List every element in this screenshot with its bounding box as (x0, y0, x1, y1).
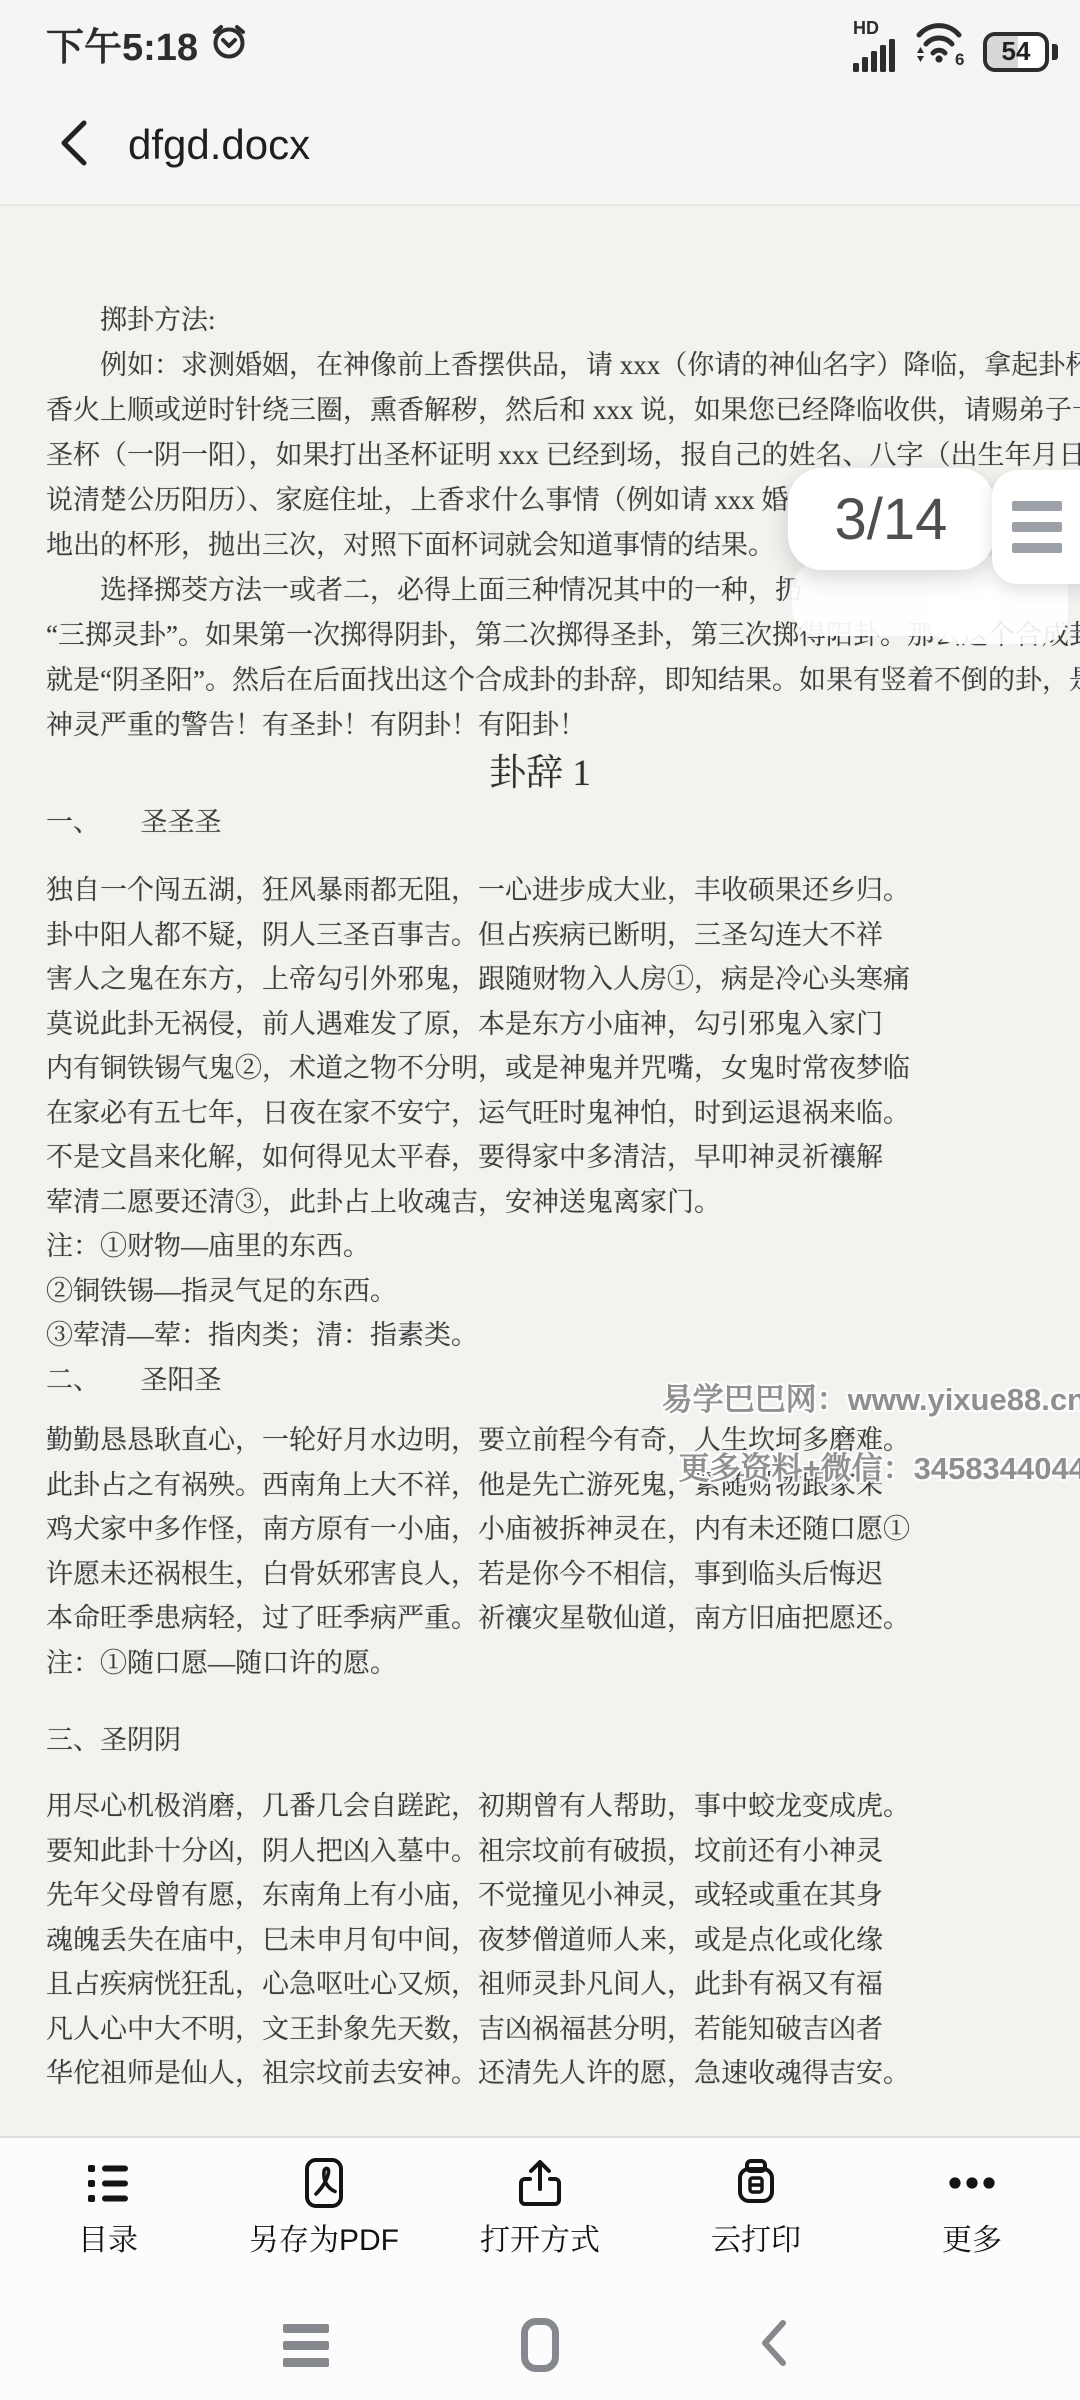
status-bar: 下午5:18 HD (0, 0, 1080, 86)
doc-note-line: 注：①财物—庙里的东西。 (46, 1224, 1080, 1269)
pdf-icon (295, 2154, 353, 2212)
doc-line: 且占疾病恍狂乱，心急呕吐心又烦，祖师灵卦凡间人，此卦有祸又有福 (46, 1962, 1080, 2007)
toolbar-label: 云打印 (711, 2226, 801, 2256)
toolbar-label: 目录 (78, 2226, 138, 2256)
cellular-signal-icon: HD (853, 19, 895, 72)
cloud-print-icon (727, 2154, 785, 2212)
doc-line: 香火上顺或逆时针绕三圈，熏香解秽，然后和 xxx 说，如果您已经降临收供，请赐弟… (46, 388, 1080, 433)
toc-icon (79, 2154, 137, 2212)
nav-back-button[interactable] (743, 2313, 805, 2377)
doc-line: 要知此卦十分凶，阴人把凶入墓中。祖宗坟前有破损，坟前还有小神灵 (46, 1829, 1080, 1874)
doc-line: 在家必有五七年，日夜在家不安宁，运气旺时鬼神怕，时到运退祸来临。 (46, 1091, 1080, 1136)
doc-line: 例如：求测婚姻，在神像前上香摆供品，请 xxx（你请的神仙名字）降临，拿起卦杯在 (46, 343, 1080, 388)
hd-label: HD (853, 19, 879, 37)
alarm-icon (208, 20, 250, 67)
watermark-line-2: 更多资料+微信：3458344044 (662, 1453, 1080, 1484)
section-3-body: 用尽心机极消磨，几番几会自蹉跎，初期曾有人帮助，事中蛟龙变成虎。 要知此卦十分凶… (46, 1784, 1080, 2096)
watermark-line-1: 易学巴巴网：www.yixue88.cn (662, 1384, 1080, 1415)
scroll-handle[interactable] (992, 470, 1080, 584)
toolbar-item-open-with[interactable]: 打开方式 (432, 2138, 648, 2290)
toolbar-label: 打开方式 (480, 2226, 600, 2256)
menu-icon (283, 2324, 329, 2367)
navigation-bar (0, 2290, 1080, 2400)
page-indicator: 3/14 (788, 468, 994, 570)
battery-level: 54 (1002, 36, 1031, 67)
toolbar-item-save-as-pdf[interactable]: 另存为PDF (216, 2138, 432, 2290)
doc-note-line: ③荤清—荤：指肉类；清：指素类。 (46, 1313, 1080, 1358)
chevron-left-icon (54, 117, 94, 174)
doc-line: 本命旺季患病轻，过了旺季病严重。祈禳灾星敬仙道，南方旧庙把愿还。 (46, 1596, 1080, 1641)
toolbar-label: 更多 (942, 2226, 1002, 2256)
doc-line: 用尽心机极消磨，几番几会自蹉跎，初期曾有人帮助，事中蛟龙变成虎。 (46, 1784, 1080, 1829)
watermark: 易学巴巴网：www.yixue88.cn 更多资料+微信：3458344044 (662, 1384, 1080, 1522)
app-header: dfgd.docx (0, 86, 1080, 206)
section-title-3: 三、圣阴阴 (46, 1718, 181, 1757)
doc-line: 就是“阴圣阳”。然后在后面找出这个合成卦的卦辞，即知结果。如果有竖着不倒的卦，是 (46, 658, 1080, 703)
doc-line: 华佗祖师是仙人，祖宗坟前去安神。还清先人许的愿，急速收魂得吉安。 (46, 2051, 1080, 2096)
battery-icon: 54 (983, 32, 1058, 72)
page-indicator-label: 3/14 (835, 486, 948, 553)
doc-line: 害人之鬼在东方，上帝勾引外邪鬼，跟随财物入人房①，病是冷心头寒痛 (46, 957, 1080, 1002)
toolbar-item-more[interactable]: 更多 (864, 2138, 1080, 2290)
doc-heading: 卦辞 1 (0, 742, 1080, 796)
wifi-icon: 6 (909, 15, 969, 72)
document-title: dfgd.docx (128, 121, 310, 169)
phone-screen: 下午5:18 HD (0, 0, 1080, 2400)
svg-text:6: 6 (955, 50, 964, 67)
doc-line: 不是文昌来化解，如何得见太平春，要得家中多清洁，早叩神灵祈禳解 (46, 1135, 1080, 1180)
toolbar-label: 另存为PDF (249, 2226, 399, 2256)
doc-note-line: ②铜铁锡—指灵气足的东西。 (46, 1269, 1080, 1314)
open-with-icon (511, 2154, 569, 2212)
nav-menu-button[interactable] (275, 2313, 337, 2377)
back-button[interactable] (44, 115, 104, 175)
home-icon (521, 2318, 559, 2372)
section-title-2: 二、 圣阳圣 (46, 1358, 222, 1397)
doc-line: 先年父母曾有愿，东南角上有小庙，不觉撞见小神灵，或轻或重在其身 (46, 1873, 1080, 1918)
status-time: 下午5:18 (46, 16, 198, 71)
doc-line: 荤清二愿要还清③，此卦占上收魂吉，安神送鬼离家门。 (46, 1180, 1080, 1225)
doc-note-line: 注：①随口愿—随口许的愿。 (46, 1641, 1080, 1686)
bottom-toolbar: 目录 另存为PDF 打开方式 (0, 2136, 1080, 2290)
toolbar-item-cloud-print[interactable]: 云打印 (648, 2138, 864, 2290)
doc-line: 内有铜铁锡气鬼②，术道之物不分明，或是神鬼并咒嘴，女鬼时常夜梦临 (46, 1046, 1080, 1091)
doc-line: 许愿未还祸根生，白骨妖邪害良人，若是你今不相信，事到临头后悔迟 (46, 1552, 1080, 1597)
doc-line: 莫说此卦无祸侵，前人遇难发了原，本是东方小庙神，勾引邪鬼入家门 (46, 1002, 1080, 1047)
doc-line: 魂魄丢失在庙中，巳未申月旬中间，夜梦僧道师人来，或是点化或化缘 (46, 1918, 1080, 1963)
section-title-1: 一、 圣圣圣 (46, 800, 222, 839)
more-icon (943, 2154, 1001, 2212)
doc-line: 掷卦方法: (46, 298, 1080, 343)
section-1-body: 独自一个闯五湖，狂风暴雨都无阻，一心进步成大业，丰收硕果还乡归。 卦中阳人都不疑… (46, 868, 1080, 1358)
back-chevron-icon (755, 2315, 793, 2376)
doc-line: 独自一个闯五湖，狂风暴雨都无阻，一心进步成大业，丰收硕果还乡归。 (46, 868, 1080, 913)
nav-home-button[interactable] (509, 2313, 571, 2377)
doc-line: 卦中阳人都不疑，阴人三圣百事吉。但占疾病已断明，三圣勾连大不祥 (46, 913, 1080, 958)
toolbar-item-toc[interactable]: 目录 (0, 2138, 216, 2290)
doc-line: 凡人心中大不明，文王卦象先天数，吉凶祸福甚分明，若能知破吉凶者 (46, 2007, 1080, 2052)
